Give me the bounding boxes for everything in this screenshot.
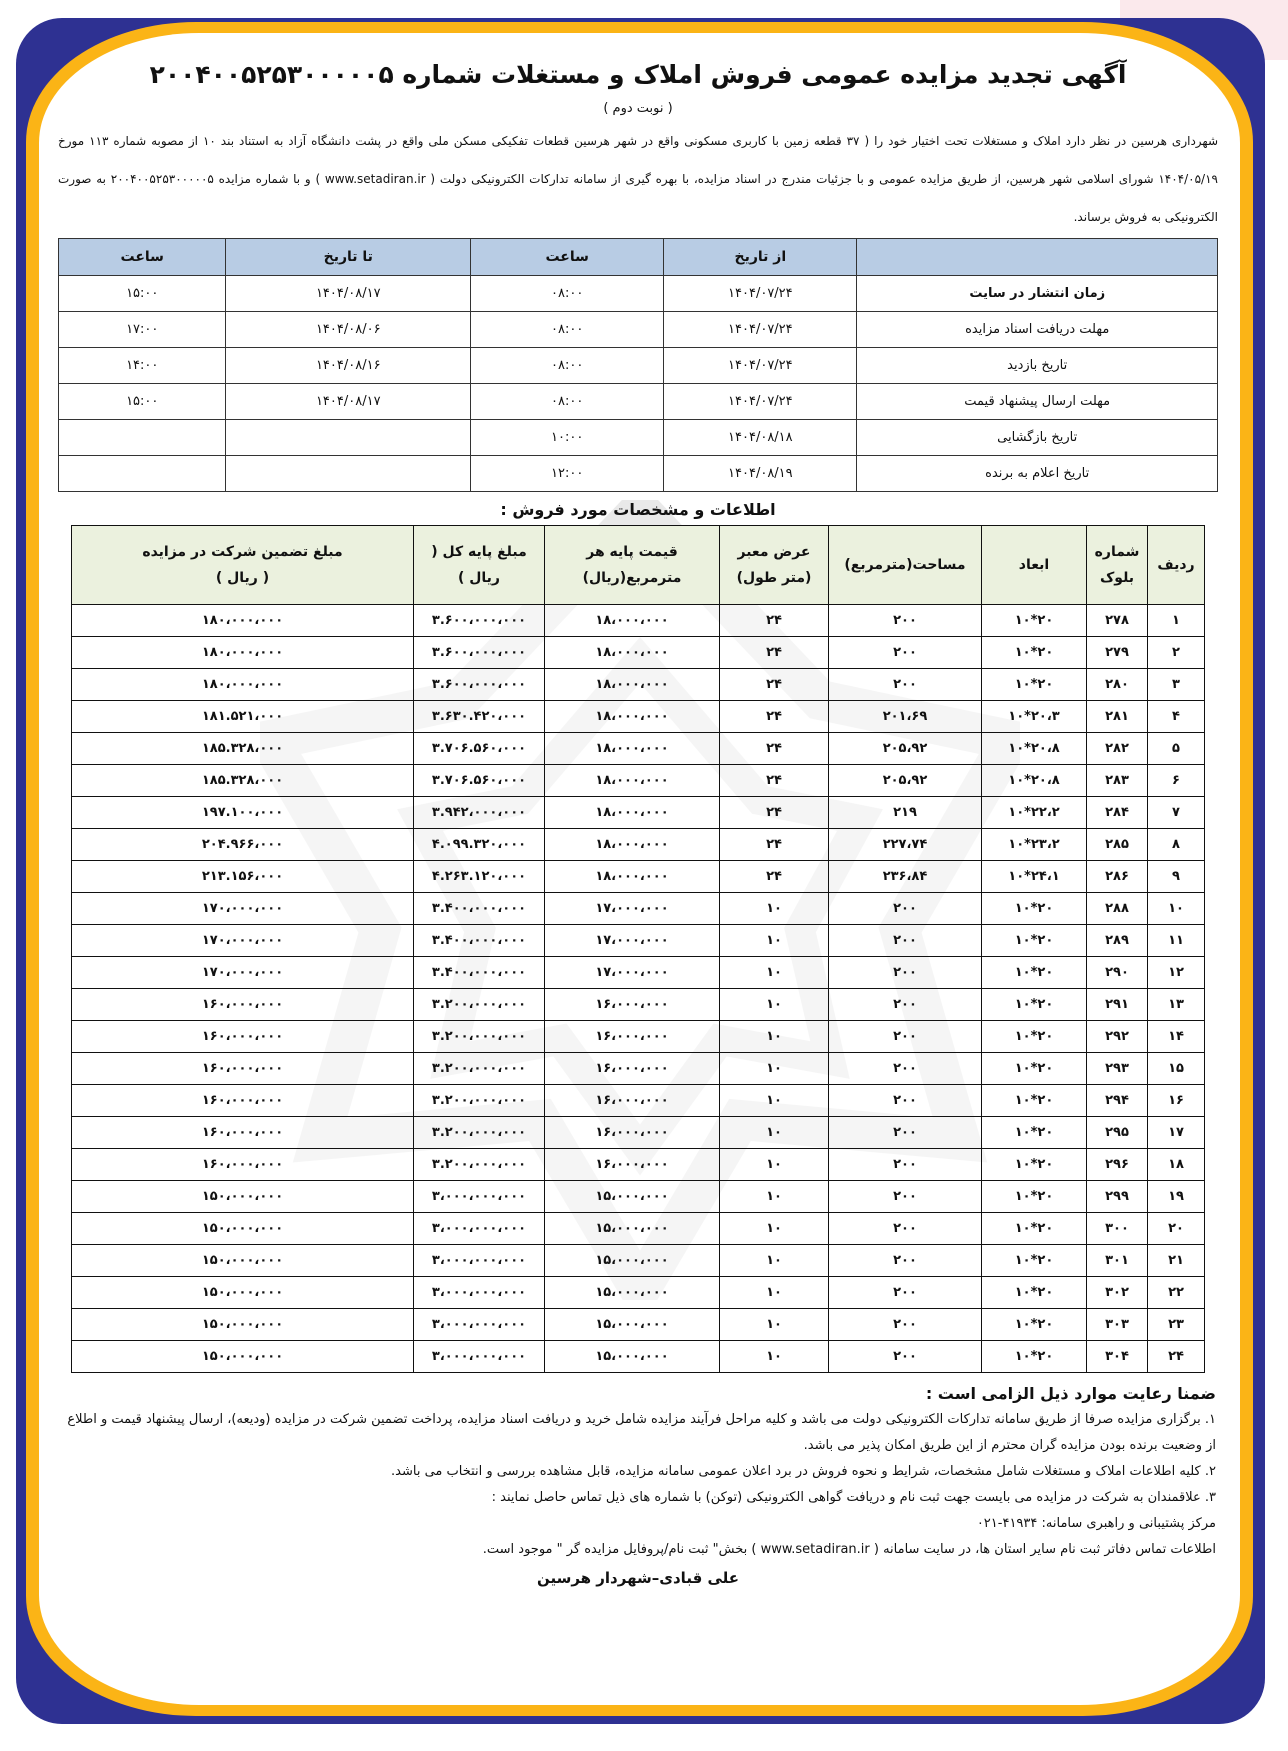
item-row: ۱۱۲۸۹۲۰*۱۰۲۰۰۱۰۱۷،۰۰۰،۰۰۰۳.۴۰۰،۰۰۰،۰۰۰۱۷… — [72, 925, 1205, 957]
item-total-price: ۴.۲۶۳.۱۲۰،۰۰۰ — [414, 861, 545, 893]
item-unit-price: ۱۸،۰۰۰،۰۰۰ — [545, 829, 720, 861]
item-deposit: ۱۷۰،۰۰۰،۰۰۰ — [72, 957, 414, 989]
item-row-number: ۲۲ — [1148, 1277, 1205, 1309]
item-passage-width: ۲۴ — [720, 861, 829, 893]
item-row-number: ۱۵ — [1148, 1053, 1205, 1085]
item-row: ۲۰۳۰۰۲۰*۱۰۲۰۰۱۰۱۵،۰۰۰،۰۰۰۳،۰۰۰،۰۰۰،۰۰۰۱۵… — [72, 1213, 1205, 1245]
schedule-from-time: ۰۸:۰۰ — [471, 348, 664, 384]
item-row: ۵۲۸۲۲۰،۸*۱۰۲۰۵،۹۲۲۴۱۸،۰۰۰،۰۰۰۳.۷۰۶.۵۶۰،۰… — [72, 733, 1205, 765]
item-deposit: ۱۶۰،۰۰۰،۰۰۰ — [72, 1117, 414, 1149]
item-passage-width: ۲۴ — [720, 733, 829, 765]
item-total-price: ۳،۰۰۰،۰۰۰،۰۰۰ — [414, 1309, 545, 1341]
item-area: ۲۰۰ — [829, 1021, 982, 1053]
schedule-to-date — [226, 456, 471, 492]
item-area: ۲۲۷،۷۴ — [829, 829, 982, 861]
item-row-number: ۱۱ — [1148, 925, 1205, 957]
item-block-number: ۲۸۹ — [1087, 925, 1148, 957]
auction-notice: آگهی تجدید مزایده عمومی فروش املاک و مست… — [58, 40, 1218, 1587]
item-row-number: ۶ — [1148, 765, 1205, 797]
item-deposit: ۱۵۰،۰۰۰،۰۰۰ — [72, 1309, 414, 1341]
item-block-number: ۲۸۲ — [1087, 733, 1148, 765]
item-passage-width: ۱۰ — [720, 1053, 829, 1085]
schedule-header-from-time: ساعت — [471, 239, 664, 276]
schedule-row: تاریخ بازدید۱۴۰۴/۰۷/۲۴۰۸:۰۰۱۴۰۴/۰۸/۱۶۱۴:… — [59, 348, 1218, 384]
items-header-unit-price: قیمت پایه هر مترمربع(ریال) — [545, 526, 720, 605]
item-deposit: ۱۶۰،۰۰۰،۰۰۰ — [72, 989, 414, 1021]
item-area: ۲۳۶،۸۴ — [829, 861, 982, 893]
schedule-from-date: ۱۴۰۴/۰۷/۲۴ — [664, 312, 857, 348]
items-header-passage-width-line1: عرض معبر — [721, 539, 827, 565]
item-row-number: ۹ — [1148, 861, 1205, 893]
item-dimensions: ۲۰،۸*۱۰ — [982, 765, 1087, 797]
item-passage-width: ۱۰ — [720, 1085, 829, 1117]
item-row: ۱۷۲۹۵۲۰*۱۰۲۰۰۱۰۱۶،۰۰۰،۰۰۰۳.۲۰۰،۰۰۰،۰۰۰۱۶… — [72, 1117, 1205, 1149]
schedule-to-date: ۱۴۰۴/۰۸/۱۷ — [226, 384, 471, 420]
schedule-row: تاریخ اعلام به برنده۱۴۰۴/۰۸/۱۹۱۲:۰۰ — [59, 456, 1218, 492]
item-block-number: ۲۹۲ — [1087, 1021, 1148, 1053]
item-block-number: ۲۸۴ — [1087, 797, 1148, 829]
item-area: ۲۰۰ — [829, 1053, 982, 1085]
item-row: ۱۹۲۹۹۲۰*۱۰۲۰۰۱۰۱۵،۰۰۰،۰۰۰۳،۰۰۰،۰۰۰،۰۰۰۱۵… — [72, 1181, 1205, 1213]
item-area: ۲۱۹ — [829, 797, 982, 829]
items-header-deposit-line1: مبلغ تضمین شرکت در مزایده — [73, 539, 412, 565]
item-unit-price: ۱۶،۰۰۰،۰۰۰ — [545, 1085, 720, 1117]
item-row: ۱۸۲۹۶۲۰*۱۰۲۰۰۱۰۱۶،۰۰۰،۰۰۰۳.۲۰۰،۰۰۰،۰۰۰۱۶… — [72, 1149, 1205, 1181]
item-passage-width: ۱۰ — [720, 1213, 829, 1245]
items-header-deposit-line2: ( ریال ) — [73, 565, 412, 591]
item-dimensions: ۲۰*۱۰ — [982, 1245, 1087, 1277]
item-area: ۲۰۰ — [829, 605, 982, 637]
item-passage-width: ۱۰ — [720, 1117, 829, 1149]
item-deposit: ۱۸۰،۰۰۰،۰۰۰ — [72, 637, 414, 669]
item-row-number: ۱۳ — [1148, 989, 1205, 1021]
item-area: ۲۰۰ — [829, 1085, 982, 1117]
item-row: ۱۶۲۹۴۲۰*۱۰۲۰۰۱۰۱۶،۰۰۰،۰۰۰۳.۲۰۰،۰۰۰،۰۰۰۱۶… — [72, 1085, 1205, 1117]
item-passage-width: ۲۴ — [720, 797, 829, 829]
item-deposit: ۱۶۰،۰۰۰،۰۰۰ — [72, 1149, 414, 1181]
item-row-number: ۱۹ — [1148, 1181, 1205, 1213]
item-dimensions: ۲۰*۱۰ — [982, 925, 1087, 957]
item-total-price: ۴.۰۹۹.۳۲۰،۰۰۰ — [414, 829, 545, 861]
items-heading: اطلاعات و مشخصات مورد فروش : — [58, 500, 1218, 519]
item-row: ۱۰۲۸۸۲۰*۱۰۲۰۰۱۰۱۷،۰۰۰،۰۰۰۳.۴۰۰،۰۰۰،۰۰۰۱۷… — [72, 893, 1205, 925]
item-unit-price: ۱۵،۰۰۰،۰۰۰ — [545, 1309, 720, 1341]
item-dimensions: ۲۰*۱۰ — [982, 1021, 1087, 1053]
schedule-from-date: ۱۴۰۴/۰۸/۱۸ — [664, 420, 857, 456]
item-area: ۲۰۵،۹۲ — [829, 733, 982, 765]
item-passage-width: ۱۰ — [720, 925, 829, 957]
item-block-number: ۲۹۴ — [1087, 1085, 1148, 1117]
item-unit-price: ۱۶،۰۰۰،۰۰۰ — [545, 1021, 720, 1053]
item-dimensions: ۲۴،۱*۱۰ — [982, 861, 1087, 893]
item-area: ۲۰۰ — [829, 1117, 982, 1149]
item-block-number: ۲۸۳ — [1087, 765, 1148, 797]
items-header-block: شماره بلوک — [1087, 526, 1148, 605]
item-row: ۴۲۸۱۲۰،۳*۱۰۲۰۱،۶۹۲۴۱۸،۰۰۰،۰۰۰۳.۶۳۰.۴۲۰،۰… — [72, 701, 1205, 733]
items-header-unit-price-line2: مترمربع(ریال) — [546, 565, 718, 591]
items-header-dimensions: ابعاد — [982, 526, 1087, 605]
item-total-price: ۳،۰۰۰،۰۰۰،۰۰۰ — [414, 1181, 545, 1213]
item-row-number: ۱۴ — [1148, 1021, 1205, 1053]
item-row-number: ۴ — [1148, 701, 1205, 733]
item-passage-width: ۲۴ — [720, 669, 829, 701]
item-unit-price: ۱۵،۰۰۰،۰۰۰ — [545, 1277, 720, 1309]
item-total-price: ۳.۲۰۰،۰۰۰،۰۰۰ — [414, 989, 545, 1021]
item-block-number: ۳۰۰ — [1087, 1213, 1148, 1245]
schedule-to-time: ۱۵:۰۰ — [59, 276, 226, 312]
schedule-from-time: ۰۸:۰۰ — [471, 276, 664, 312]
item-total-price: ۳.۴۰۰،۰۰۰،۰۰۰ — [414, 893, 545, 925]
item-total-price: ۳،۰۰۰،۰۰۰،۰۰۰ — [414, 1213, 545, 1245]
schedule-header-row: از تاریخ ساعت تا تاریخ ساعت — [59, 239, 1218, 276]
schedule-row: مهلت دریافت اسناد مزایده۱۴۰۴/۰۷/۲۴۰۸:۰۰۱… — [59, 312, 1218, 348]
item-dimensions: ۲۰*۱۰ — [982, 957, 1087, 989]
item-deposit: ۲۱۳.۱۵۶،۰۰۰ — [72, 861, 414, 893]
items-header-total-price-line1: مبلغ پایه کل ( — [415, 539, 543, 565]
item-unit-price: ۱۸،۰۰۰،۰۰۰ — [545, 797, 720, 829]
schedule-header-label — [857, 239, 1218, 276]
item-unit-price: ۱۵،۰۰۰،۰۰۰ — [545, 1341, 720, 1373]
schedule-to-date: ۱۴۰۴/۰۸/۱۶ — [226, 348, 471, 384]
schedule-to-time: ۱۴:۰۰ — [59, 348, 226, 384]
item-total-price: ۳.۹۴۲،۰۰۰،۰۰۰ — [414, 797, 545, 829]
requirement-item-1: ۱. برگزاری مزایده صرفا از طریق سامانه تد… — [58, 1407, 1216, 1459]
item-block-number: ۳۰۲ — [1087, 1277, 1148, 1309]
notice-subtitle: ( نوبت دوم ) — [58, 101, 1218, 116]
item-total-price: ۳،۰۰۰،۰۰۰،۰۰۰ — [414, 1277, 545, 1309]
schedule-label: تاریخ بازدید — [857, 348, 1218, 384]
schedule-header-to-time: ساعت — [59, 239, 226, 276]
item-unit-price: ۱۷،۰۰۰،۰۰۰ — [545, 893, 720, 925]
item-row-number: ۱ — [1148, 605, 1205, 637]
item-block-number: ۲۸۵ — [1087, 829, 1148, 861]
item-row-number: ۲۳ — [1148, 1309, 1205, 1341]
schedule-from-date: ۱۴۰۴/۰۷/۲۴ — [664, 348, 857, 384]
schedule-from-time: ۰۸:۰۰ — [471, 312, 664, 348]
item-passage-width: ۱۰ — [720, 1309, 829, 1341]
item-passage-width: ۲۴ — [720, 829, 829, 861]
item-row: ۷۲۸۴۲۲،۲*۱۰۲۱۹۲۴۱۸،۰۰۰،۰۰۰۳.۹۴۲،۰۰۰،۰۰۰۱… — [72, 797, 1205, 829]
item-unit-price: ۱۶،۰۰۰،۰۰۰ — [545, 989, 720, 1021]
item-dimensions: ۲۰*۱۰ — [982, 669, 1087, 701]
item-dimensions: ۲۰*۱۰ — [982, 1053, 1087, 1085]
item-row: ۱۴۲۹۲۲۰*۱۰۲۰۰۱۰۱۶،۰۰۰،۰۰۰۳.۲۰۰،۰۰۰،۰۰۰۱۶… — [72, 1021, 1205, 1053]
item-total-price: ۳.۷۰۶.۵۶۰،۰۰۰ — [414, 733, 545, 765]
schedule-to-date — [226, 420, 471, 456]
items-header-passage-width: عرض معبر (متر طول) — [720, 526, 829, 605]
item-block-number: ۲۷۸ — [1087, 605, 1148, 637]
schedule-label: تاریخ اعلام به برنده — [857, 456, 1218, 492]
item-dimensions: ۲۲،۲*۱۰ — [982, 797, 1087, 829]
schedule-label: مهلت دریافت اسناد مزایده — [857, 312, 1218, 348]
item-unit-price: ۱۷،۰۰۰،۰۰۰ — [545, 925, 720, 957]
item-dimensions: ۲۳،۲*۱۰ — [982, 829, 1087, 861]
schedule-from-date: ۱۴۰۴/۰۷/۲۴ — [664, 384, 857, 420]
item-deposit: ۱۵۰،۰۰۰،۰۰۰ — [72, 1277, 414, 1309]
items-table: ردیف شماره بلوک ابعاد مساحت(مترمربع) عرض… — [71, 525, 1205, 1373]
schedule-from-time: ۰۸:۰۰ — [471, 384, 664, 420]
item-area: ۲۰۰ — [829, 637, 982, 669]
item-row: ۱۲۷۸۲۰*۱۰۲۰۰۲۴۱۸،۰۰۰،۰۰۰۳.۶۰۰،۰۰۰،۰۰۰۱۸۰… — [72, 605, 1205, 637]
item-block-number: ۲۷۹ — [1087, 637, 1148, 669]
item-row-number: ۲ — [1148, 637, 1205, 669]
item-passage-width: ۲۴ — [720, 637, 829, 669]
item-passage-width: ۲۴ — [720, 765, 829, 797]
item-row: ۲۱۳۰۱۲۰*۱۰۲۰۰۱۰۱۵،۰۰۰،۰۰۰۳،۰۰۰،۰۰۰،۰۰۰۱۵… — [72, 1245, 1205, 1277]
item-total-price: ۳.۲۰۰،۰۰۰،۰۰۰ — [414, 1021, 545, 1053]
item-row-number: ۵ — [1148, 733, 1205, 765]
item-area: ۲۰۰ — [829, 957, 982, 989]
item-deposit: ۱۵۰،۰۰۰،۰۰۰ — [72, 1213, 414, 1245]
item-passage-width: ۲۴ — [720, 605, 829, 637]
item-row: ۱۵۲۹۳۲۰*۱۰۲۰۰۱۰۱۶،۰۰۰،۰۰۰۳.۲۰۰،۰۰۰،۰۰۰۱۶… — [72, 1053, 1205, 1085]
item-area: ۲۰۰ — [829, 1181, 982, 1213]
item-row: ۱۳۲۹۱۲۰*۱۰۲۰۰۱۰۱۶،۰۰۰،۰۰۰۳.۲۰۰،۰۰۰،۰۰۰۱۶… — [72, 989, 1205, 1021]
requirement-item-3: ۳. علاقمندان به شرکت در مزایده می بایست … — [58, 1485, 1216, 1511]
item-passage-width: ۱۰ — [720, 1021, 829, 1053]
item-total-price: ۳.۲۰۰،۰۰۰،۰۰۰ — [414, 1053, 545, 1085]
item-block-number: ۲۸۸ — [1087, 893, 1148, 925]
item-area: ۲۰۱،۶۹ — [829, 701, 982, 733]
item-area: ۲۰۰ — [829, 1245, 982, 1277]
schedule-header-to-date: تا تاریخ — [226, 239, 471, 276]
item-unit-price: ۱۸،۰۰۰،۰۰۰ — [545, 637, 720, 669]
item-unit-price: ۱۵،۰۰۰،۰۰۰ — [545, 1245, 720, 1277]
mayor-signature: علی قبادی–شهردار هرسین — [58, 1569, 1218, 1587]
item-deposit: ۱۶۰،۰۰۰،۰۰۰ — [72, 1053, 414, 1085]
item-deposit: ۱۸۵.۳۲۸،۰۰۰ — [72, 733, 414, 765]
schedule-to-time — [59, 420, 226, 456]
item-row-number: ۲۴ — [1148, 1341, 1205, 1373]
item-passage-width: ۱۰ — [720, 1277, 829, 1309]
requirement-item-2: ۲. کلیه اطلاعات املاک و مستغلات شامل مشخ… — [58, 1459, 1216, 1485]
item-passage-width: ۱۰ — [720, 1149, 829, 1181]
item-area: ۲۰۰ — [829, 1149, 982, 1181]
schedule-to-time — [59, 456, 226, 492]
item-unit-price: ۱۶،۰۰۰،۰۰۰ — [545, 1053, 720, 1085]
item-area: ۲۰۰ — [829, 1277, 982, 1309]
item-deposit: ۱۸۵.۳۲۸،۰۰۰ — [72, 765, 414, 797]
support-center-phone: مرکز پشتیبانی و راهبری سامانه: ۴۱۹۳۴-۰۲۱ — [58, 1511, 1216, 1537]
item-total-price: ۳.۴۰۰،۰۰۰،۰۰۰ — [414, 925, 545, 957]
item-block-number: ۳۰۱ — [1087, 1245, 1148, 1277]
item-area: ۲۰۵،۹۲ — [829, 765, 982, 797]
item-total-price: ۳.۲۰۰،۰۰۰،۰۰۰ — [414, 1117, 545, 1149]
schedule-from-time: ۱۲:۰۰ — [471, 456, 664, 492]
schedule-label: مهلت ارسال پیشنهاد قیمت — [857, 384, 1218, 420]
item-dimensions: ۲۰*۱۰ — [982, 1117, 1087, 1149]
item-passage-width: ۱۰ — [720, 989, 829, 1021]
item-unit-price: ۱۸،۰۰۰،۰۰۰ — [545, 669, 720, 701]
schedule-from-time: ۱۰:۰۰ — [471, 420, 664, 456]
item-row: ۳۲۸۰۲۰*۱۰۲۰۰۲۴۱۸،۰۰۰،۰۰۰۳.۶۰۰،۰۰۰،۰۰۰۱۸۰… — [72, 669, 1205, 701]
schedule-label: زمان انتشار در سایت — [857, 276, 1218, 312]
item-dimensions: ۲۰*۱۰ — [982, 1341, 1087, 1373]
item-block-number: ۳۰۳ — [1087, 1309, 1148, 1341]
item-unit-price: ۱۶،۰۰۰،۰۰۰ — [545, 1117, 720, 1149]
item-row: ۱۲۲۹۰۲۰*۱۰۲۰۰۱۰۱۷،۰۰۰،۰۰۰۳.۴۰۰،۰۰۰،۰۰۰۱۷… — [72, 957, 1205, 989]
item-unit-price: ۱۸،۰۰۰،۰۰۰ — [545, 733, 720, 765]
items-header-total-price: مبلغ پایه کل ( ریال ) — [414, 526, 545, 605]
items-header-row-number: ردیف — [1148, 526, 1205, 605]
item-row-number: ۲۱ — [1148, 1245, 1205, 1277]
schedule-to-time: ۱۵:۰۰ — [59, 384, 226, 420]
item-row-number: ۱۸ — [1148, 1149, 1205, 1181]
item-row-number: ۱۶ — [1148, 1085, 1205, 1117]
item-dimensions: ۲۰*۱۰ — [982, 1149, 1087, 1181]
item-row-number: ۳ — [1148, 669, 1205, 701]
item-total-price: ۳.۲۰۰،۰۰۰،۰۰۰ — [414, 1149, 545, 1181]
item-dimensions: ۲۰*۱۰ — [982, 1213, 1087, 1245]
schedule-from-date: ۱۴۰۴/۰۷/۲۴ — [664, 276, 857, 312]
item-row: ۸۲۸۵۲۳،۲*۱۰۲۲۷،۷۴۲۴۱۸،۰۰۰،۰۰۰۴.۰۹۹.۳۲۰،۰… — [72, 829, 1205, 861]
item-passage-width: ۱۰ — [720, 1245, 829, 1277]
item-dimensions: ۲۰*۱۰ — [982, 1309, 1087, 1341]
item-dimensions: ۲۰*۱۰ — [982, 1277, 1087, 1309]
item-dimensions: ۲۰،۳*۱۰ — [982, 701, 1087, 733]
item-area: ۲۰۰ — [829, 1309, 982, 1341]
item-total-price: ۳.۶۰۰،۰۰۰،۰۰۰ — [414, 605, 545, 637]
item-passage-width: ۲۴ — [720, 701, 829, 733]
item-deposit: ۱۸۰،۰۰۰،۰۰۰ — [72, 669, 414, 701]
item-total-price: ۳.۶۰۰،۰۰۰،۰۰۰ — [414, 669, 545, 701]
item-row: ۲۴۳۰۴۲۰*۱۰۲۰۰۱۰۱۵،۰۰۰،۰۰۰۳،۰۰۰،۰۰۰،۰۰۰۱۵… — [72, 1341, 1205, 1373]
item-total-price: ۳،۰۰۰،۰۰۰،۰۰۰ — [414, 1341, 545, 1373]
item-deposit: ۲۰۴.۹۶۶،۰۰۰ — [72, 829, 414, 861]
item-block-number: ۲۸۶ — [1087, 861, 1148, 893]
intro-paragraph: شهرداری هرسین در نظر دارد املاک و مستغلا… — [58, 122, 1218, 236]
item-area: ۲۰۰ — [829, 989, 982, 1021]
schedule-to-date: ۱۴۰۴/۰۸/۱۷ — [226, 276, 471, 312]
item-dimensions: ۲۰،۸*۱۰ — [982, 733, 1087, 765]
item-deposit: ۱۹۷.۱۰۰،۰۰۰ — [72, 797, 414, 829]
item-row: ۶۲۸۳۲۰،۸*۱۰۲۰۵،۹۲۲۴۱۸،۰۰۰،۰۰۰۳.۷۰۶.۵۶۰،۰… — [72, 765, 1205, 797]
item-area: ۲۰۰ — [829, 1341, 982, 1373]
item-unit-price: ۱۵،۰۰۰،۰۰۰ — [545, 1181, 720, 1213]
item-block-number: ۲۸۱ — [1087, 701, 1148, 733]
item-total-price: ۳.۶۳۰.۴۲۰،۰۰۰ — [414, 701, 545, 733]
requirements-heading: ضمنا رعایت موارد ذیل الزامی است : — [58, 1381, 1216, 1407]
item-unit-price: ۱۵،۰۰۰،۰۰۰ — [545, 1213, 720, 1245]
item-area: ۲۰۰ — [829, 1213, 982, 1245]
item-passage-width: ۱۰ — [720, 1181, 829, 1213]
item-total-price: ۳.۲۰۰،۰۰۰،۰۰۰ — [414, 1085, 545, 1117]
item-unit-price: ۱۸،۰۰۰،۰۰۰ — [545, 861, 720, 893]
item-unit-price: ۱۸،۰۰۰،۰۰۰ — [545, 701, 720, 733]
item-passage-width: ۱۰ — [720, 957, 829, 989]
item-total-price: ۳.۶۰۰،۰۰۰،۰۰۰ — [414, 637, 545, 669]
item-deposit: ۱۵۰،۰۰۰،۰۰۰ — [72, 1181, 414, 1213]
item-deposit: ۱۷۰،۰۰۰،۰۰۰ — [72, 925, 414, 957]
item-row-number: ۲۰ — [1148, 1213, 1205, 1245]
item-dimensions: ۲۰*۱۰ — [982, 1085, 1087, 1117]
item-row: ۲۳۳۰۳۲۰*۱۰۲۰۰۱۰۱۵،۰۰۰،۰۰۰۳،۰۰۰،۰۰۰،۰۰۰۱۵… — [72, 1309, 1205, 1341]
items-header-row: ردیف شماره بلوک ابعاد مساحت(مترمربع) عرض… — [72, 526, 1205, 605]
schedule-from-date: ۱۴۰۴/۰۸/۱۹ — [664, 456, 857, 492]
item-row: ۲۲۳۰۲۲۰*۱۰۲۰۰۱۰۱۵،۰۰۰،۰۰۰۳،۰۰۰،۰۰۰،۰۰۰۱۵… — [72, 1277, 1205, 1309]
item-block-number: ۲۹۱ — [1087, 989, 1148, 1021]
item-deposit: ۱۸۱.۵۲۱،۰۰۰ — [72, 701, 414, 733]
items-header-area: مساحت(مترمربع) — [829, 526, 982, 605]
schedule-label: تاریخ بازگشایی — [857, 420, 1218, 456]
item-unit-price: ۱۸،۰۰۰،۰۰۰ — [545, 605, 720, 637]
item-area: ۲۰۰ — [829, 925, 982, 957]
registration-offices-info: اطلاعات تماس دفاتر ثبت نام سایر استان ها… — [58, 1537, 1216, 1563]
item-passage-width: ۱۰ — [720, 1341, 829, 1373]
item-unit-price: ۱۶،۰۰۰،۰۰۰ — [545, 1149, 720, 1181]
item-block-number: ۲۹۶ — [1087, 1149, 1148, 1181]
item-unit-price: ۱۷،۰۰۰،۰۰۰ — [545, 957, 720, 989]
item-dimensions: ۲۰*۱۰ — [982, 989, 1087, 1021]
item-dimensions: ۲۰*۱۰ — [982, 893, 1087, 925]
item-block-number: ۲۹۰ — [1087, 957, 1148, 989]
item-block-number: ۲۸۰ — [1087, 669, 1148, 701]
item-dimensions: ۲۰*۱۰ — [982, 1181, 1087, 1213]
requirements-section: ضمنا رعایت موارد ذیل الزامی است : ۱. برگ… — [58, 1381, 1218, 1563]
items-header-deposit: مبلغ تضمین شرکت در مزایده ( ریال ) — [72, 526, 414, 605]
item-row: ۹۲۸۶۲۴،۱*۱۰۲۳۶،۸۴۲۴۱۸،۰۰۰،۰۰۰۴.۲۶۳.۱۲۰،۰… — [72, 861, 1205, 893]
item-row-number: ۸ — [1148, 829, 1205, 861]
item-passage-width: ۱۰ — [720, 893, 829, 925]
item-total-price: ۳.۷۰۶.۵۶۰،۰۰۰ — [414, 765, 545, 797]
item-row-number: ۱۲ — [1148, 957, 1205, 989]
item-deposit: ۱۷۰،۰۰۰،۰۰۰ — [72, 893, 414, 925]
item-row: ۲۲۷۹۲۰*۱۰۲۰۰۲۴۱۸،۰۰۰،۰۰۰۳.۶۰۰،۰۰۰،۰۰۰۱۸۰… — [72, 637, 1205, 669]
item-block-number: ۲۹۵ — [1087, 1117, 1148, 1149]
items-header-passage-width-line2: (متر طول) — [721, 565, 827, 591]
item-dimensions: ۲۰*۱۰ — [982, 637, 1087, 669]
item-deposit: ۱۵۰،۰۰۰،۰۰۰ — [72, 1245, 414, 1277]
schedule-to-date: ۱۴۰۴/۰۸/۰۶ — [226, 312, 471, 348]
schedule-to-time: ۱۷:۰۰ — [59, 312, 226, 348]
item-row-number: ۱۰ — [1148, 893, 1205, 925]
item-deposit: ۱۵۰،۰۰۰،۰۰۰ — [72, 1341, 414, 1373]
item-deposit: ۱۶۰،۰۰۰،۰۰۰ — [72, 1085, 414, 1117]
item-block-number: ۲۹۹ — [1087, 1181, 1148, 1213]
item-area: ۲۰۰ — [829, 893, 982, 925]
item-total-price: ۳.۴۰۰،۰۰۰،۰۰۰ — [414, 957, 545, 989]
schedule-table: از تاریخ ساعت تا تاریخ ساعت زمان انتشار … — [58, 238, 1218, 492]
notice-title: آگهی تجدید مزایده عمومی فروش املاک و مست… — [58, 60, 1218, 89]
item-dimensions: ۲۰*۱۰ — [982, 605, 1087, 637]
schedule-header-from-date: از تاریخ — [664, 239, 857, 276]
items-header-total-price-line2: ریال ) — [415, 565, 543, 591]
schedule-row: مهلت ارسال پیشنهاد قیمت۱۴۰۴/۰۷/۲۴۰۸:۰۰۱۴… — [59, 384, 1218, 420]
item-block-number: ۳۰۴ — [1087, 1341, 1148, 1373]
schedule-row: زمان انتشار در سایت۱۴۰۴/۰۷/۲۴۰۸:۰۰۱۴۰۴/۰… — [59, 276, 1218, 312]
item-unit-price: ۱۸،۰۰۰،۰۰۰ — [545, 765, 720, 797]
items-header-unit-price-line1: قیمت پایه هر — [546, 539, 718, 565]
schedule-row: تاریخ بازگشایی۱۴۰۴/۰۸/۱۸۱۰:۰۰ — [59, 420, 1218, 456]
item-row-number: ۱۷ — [1148, 1117, 1205, 1149]
item-block-number: ۲۹۳ — [1087, 1053, 1148, 1085]
item-deposit: ۱۸۰،۰۰۰،۰۰۰ — [72, 605, 414, 637]
item-total-price: ۳،۰۰۰،۰۰۰،۰۰۰ — [414, 1245, 545, 1277]
item-row-number: ۷ — [1148, 797, 1205, 829]
item-area: ۲۰۰ — [829, 669, 982, 701]
item-deposit: ۱۶۰،۰۰۰،۰۰۰ — [72, 1021, 414, 1053]
